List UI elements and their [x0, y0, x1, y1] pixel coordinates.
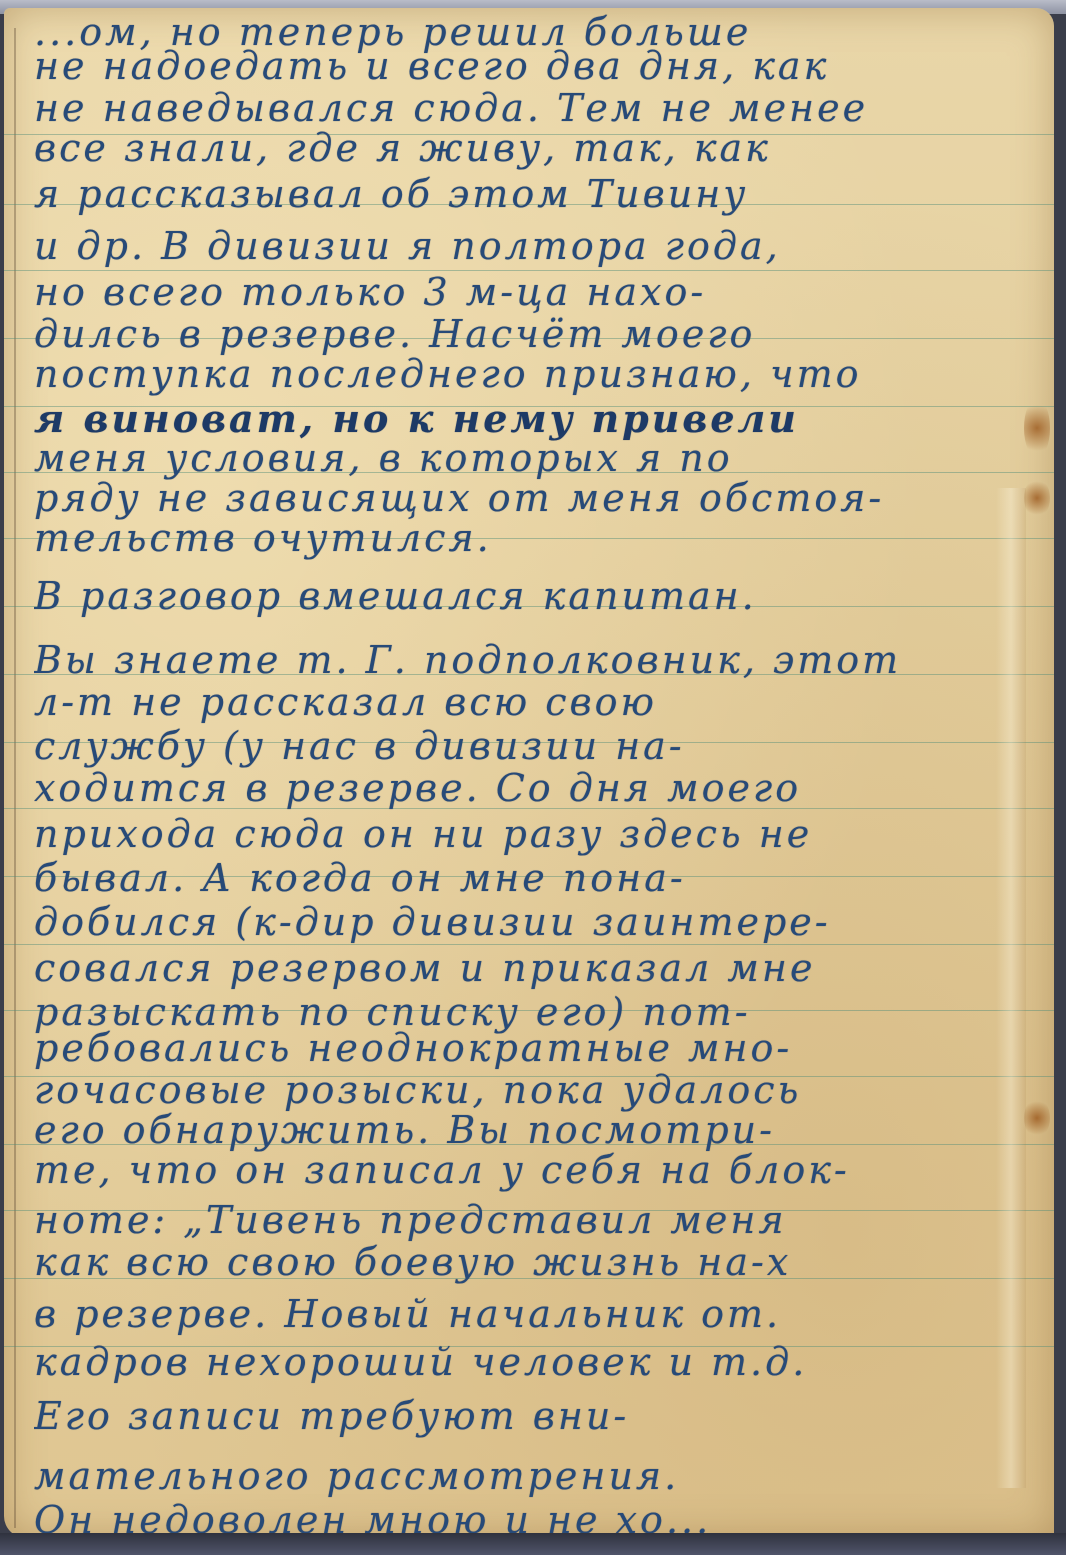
text-line: как всю свою боевую жизнь на-х	[34, 1240, 1014, 1284]
text-line: добился (к-дир дивизии заинтере-	[34, 900, 1014, 944]
text-line: не надоедать и всего два дня, как	[34, 44, 1014, 88]
text-line: тельств очутился.	[34, 516, 1014, 560]
text-line: службу (у нас в дивизии на-	[34, 724, 1014, 768]
text-line: Его записи требуют вни-	[34, 1394, 1014, 1438]
text-line: и др. В дивизии я полтора года,	[34, 224, 1014, 268]
text-line: меня условия, в которых я по	[34, 436, 1014, 480]
ruled-line	[4, 944, 1054, 945]
text-line: те, что он записал у себя на блок-	[34, 1148, 1014, 1192]
text-line: совался резервом и приказал мне	[34, 946, 1014, 990]
background-edge-bottom	[0, 1533, 1066, 1555]
text-line: прихода сюда он ни разу здесь не	[34, 812, 1014, 856]
notebook-page: ...ом, но теперь решил больше не надоеда…	[4, 8, 1054, 1538]
text-line: я виноват, но к нему привели	[34, 396, 1014, 441]
text-line: не наведывался сюда. Тем не менее	[34, 86, 1014, 130]
text-line: его обнаружить. Вы посмотри-	[34, 1108, 1014, 1152]
text-line: все знали, где я живу, так, как	[34, 126, 1014, 170]
margin-line	[14, 28, 16, 1528]
text-line: ноте: „Тивень представил меня	[34, 1198, 1014, 1242]
text-line: я рассказывал об этом Тивину	[34, 172, 1014, 216]
text-line: ребовались неоднократные мно-	[34, 1026, 1014, 1070]
rust-stain	[1024, 1098, 1050, 1138]
text-line: дилсь в резерве. Насчёт моего	[34, 312, 1014, 356]
rust-stain	[1024, 478, 1050, 518]
text-line: мательного рассмотрения.	[34, 1454, 1014, 1498]
rust-stain	[1024, 398, 1050, 458]
text-line: ряду не зависящих от меня обстоя-	[34, 476, 1014, 520]
text-line: В разговор вмешался капитан.	[34, 574, 1014, 618]
text-line: л-т не рассказал всю свою	[34, 680, 1014, 724]
text-line: бывал. А когда он мне пона-	[34, 856, 1014, 900]
text-line: но всего только 3 м-ца нахо-	[34, 270, 1014, 314]
text-line: Вы знаете т. Г. подполковник, этот	[34, 638, 1014, 682]
text-line: гочасовые розыски, пока удалось	[34, 1068, 1014, 1112]
text-line: поступка последнего признаю, что	[34, 352, 1014, 396]
text-line: в резерве. Новый начальник от.	[34, 1292, 1014, 1336]
text-line: ходится в резерве. Со дня моего	[34, 766, 1014, 810]
text-line: Он недоволен мною и не хо...	[34, 1498, 1014, 1538]
text-line: кадров нехороший человек и т.д.	[34, 1340, 1014, 1384]
